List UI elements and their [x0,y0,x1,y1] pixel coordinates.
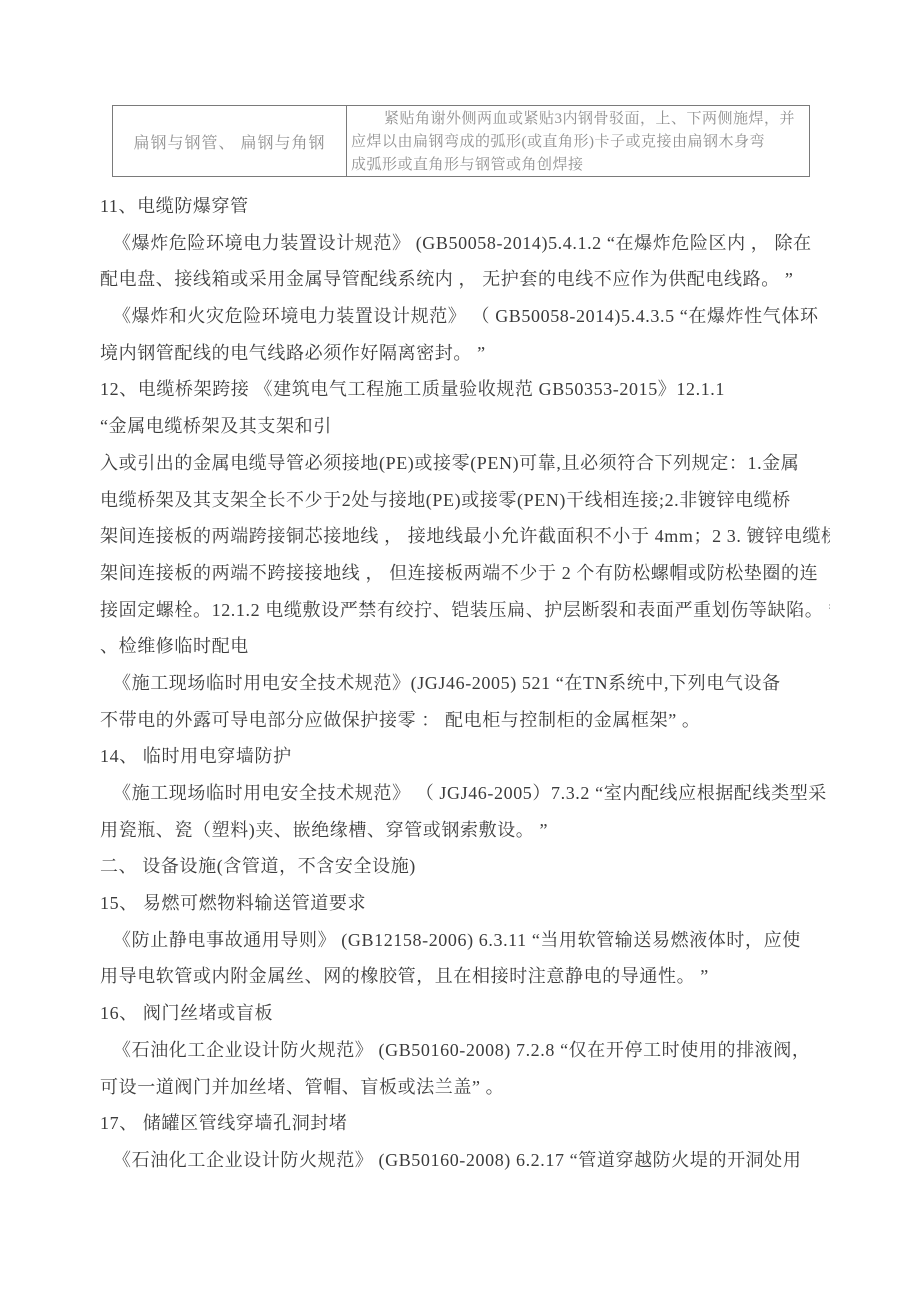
text-line: 入或引出的金属电缆导管必须接地(PE)或接零(PEN)可靠,且必须符合下列规定：… [100,445,830,482]
text-line: 架间连接板的两端跨接铜芯接地线 ， 接地线最小允许截面积不小于 4mm；2 3.… [100,518,830,555]
text-line: 17、 储罐区管线穿墙孔洞封堵 [100,1105,830,1142]
text-line: 接固定螺栓。12.1.2 电缆敷设严禁有绞拧、铠装压扁、护层断裂和表面严重划伤等… [100,592,830,629]
text-line: 二、 设备设施(含管道，不含安全设施) [100,848,830,885]
text-line: 《防止静电事故通用导则》 (GB12158-2006) 6.3.11 “当用软管… [100,922,830,959]
text-line: 可设一道阀门并加丝堵、管帽、盲板或法兰盖” 。 [100,1069,830,1106]
grounding-connection-table: 扁钢与钢管、 扁钢与角钢 紧贴角谢外侧两血或紧贴3内钢骨驳面，上、下两侧施焊，并… [112,105,810,177]
table-cell-left: 扁钢与钢管、 扁钢与角钢 [113,106,347,176]
text-line: 电缆桥架及其支架全长不少于2处与接地(PE)或接零(PEN)干线相连接;2.非镀… [100,482,830,519]
text-line: “金属电缆桥架及其支架和引 [100,408,830,445]
table-cell-right: 紧贴角谢外侧两血或紧贴3内钢骨驳面，上、下两侧施焊，并应焊以由扁钢弯成的弧形(或… [347,106,809,176]
body-lines: 11、电缆防爆穿管《爆炸危险环境电力装置设计规范》 (GB50058-2014)… [100,188,830,1179]
text-line: 用瓷瓶、瓷（塑料)夹、嵌绝缘槽、穿管或钢索敷设。 ” [100,812,830,849]
text-line: 、检维修临时配电 [100,628,830,665]
text-line: 境内钢管配线的电气线路必须作好隔离密封。 ” [100,335,830,372]
text-line: 《爆炸危险环境电力装置设计规范》 (GB50058-2014)5.4.1.2 “… [100,225,830,262]
text-line: 16、 阀门丝堵或盲板 [100,995,830,1032]
text-line: 不带电的外露可导电部分应做保护接零 ： 配电柜与控制柜的金属框架” 。 [100,702,830,739]
table-text-line: 紧贴角谢外侧两血或紧贴3内钢骨驳面，上、下两侧施焊，并 [351,108,803,131]
text-line: 11、电缆防爆穿管 [100,188,830,225]
text-line: 《石油化工企业设计防火规范》 (GB50160-2008) 6.2.17 “管道… [100,1142,830,1179]
text-line: 《施工现场临时用电安全技术规范》 （ JGJ46-2005）7.3.2 “室内配… [100,775,830,812]
text-line: 《施工现场临时用电安全技术规范》(JGJ46-2005) 521 “在TN系统中… [100,665,830,702]
text-line: 12、电缆桥架跨接 《建筑电气工程施工质量验收规范 GB50353-2015》1… [100,371,830,408]
text-line: 配电盘、接线箱或采用金属导管配线系统内 ， 无护套的电线不应作为供配电线路。 ” [100,261,830,298]
text-line: 架间连接板的两端不跨接接地线 ， 但连接板两端不少于 2 个有防松螺帽或防松垫圈… [100,555,830,592]
table-text-line: 应焊以由扁钢弯成的弧形(或直角形)卡子或克接由扁钢木身弯 [351,131,803,154]
document-page: 扁钢与钢管、 扁钢与角钢 紧贴角谢外侧两血或紧贴3内钢骨驳面，上、下两侧施焊，并… [0,0,920,1303]
text-line: 15、 易燃可燃物料输送管道要求 [100,885,830,922]
text-line: 用导电软管或内附金属丝、网的橡胶管，且在相接时注意静电的导通性。 ” [100,958,830,995]
text-line: 《石油化工企业设计防火规范》 (GB50160-2008) 7.2.8 “仅在开… [100,1032,830,1069]
table-text-line: 成弧形或直角形与钢管或角创焊接 [351,154,803,176]
text-line: 《爆炸和火灾危险环境电力装置设计规范》 （ GB50058-2014)5.4.3… [100,298,830,335]
text-line: 14、 临时用电穿墙防护 [100,738,830,775]
